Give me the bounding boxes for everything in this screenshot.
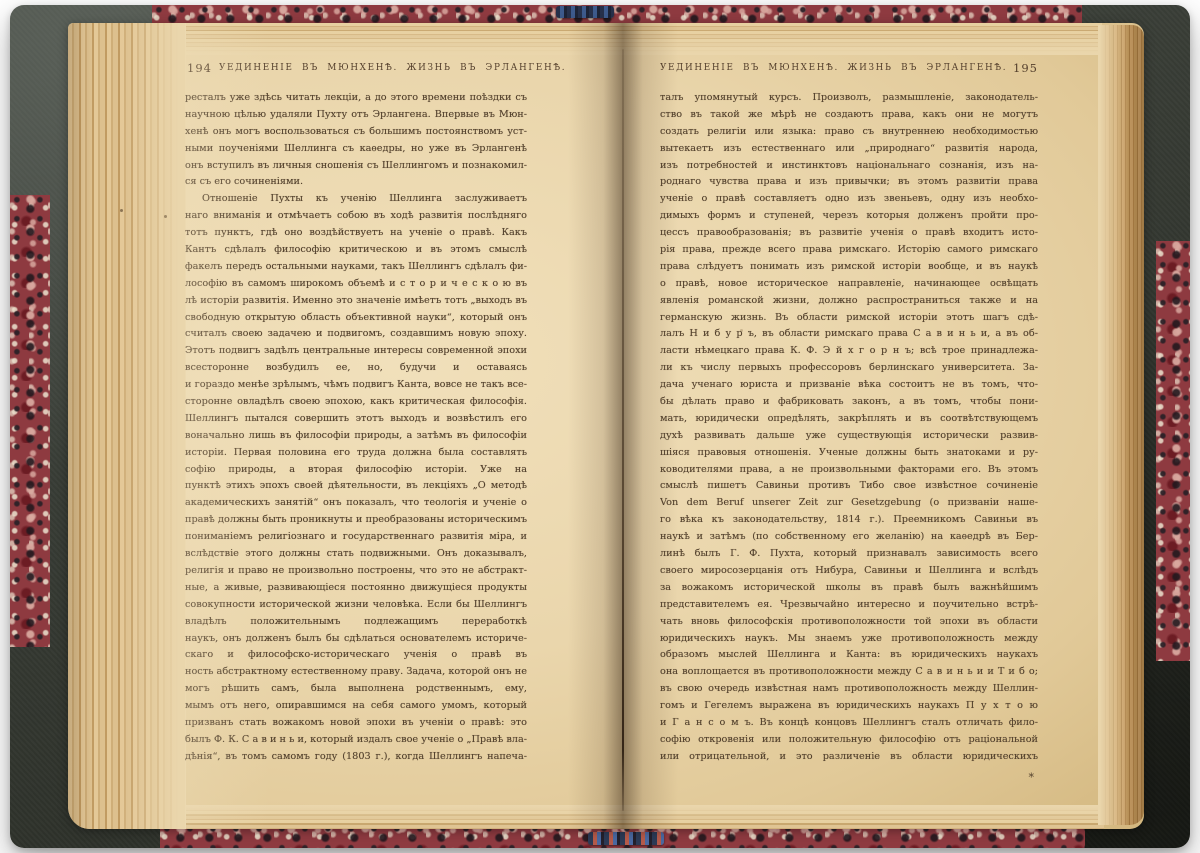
text-line: смыслѣ пишетъ Савиньи противъ Тибо свое … [660, 478, 1038, 495]
text-line: создать религіи или языка: право съ внут… [660, 124, 1038, 141]
text-line: Кантъ сдѣлалъ философію критическою и въ… [185, 242, 527, 259]
text-line: наукѣ и затѣмъ (по собственному его жела… [660, 529, 1038, 546]
text-line: изъ потребностей и инстинктовъ національ… [660, 158, 1038, 175]
text-line: шіяся правовыя отношенія. Ученые должны … [660, 445, 1038, 462]
text-line: явленія романской жизни, должно распрост… [660, 293, 1038, 310]
text-line: вытекаетъ изъ естественнаго или „природн… [660, 141, 1038, 158]
text-line: мымъ отъ него, опиравшимся на себя самог… [185, 698, 527, 715]
running-head: УЕДИНЕНІЕ ВЪ МЮНХЕНѢ. ЖИЗНЬ ВЪ ЭРЛАНГЕНѢ… [185, 63, 527, 73]
text-line: бы дѣлать право и фабриковать законъ, а … [660, 394, 1038, 411]
left-page: 194 УЕДИНЕНІЕ ВЪ МЮНХЕНѢ. ЖИЗНЬ ВЪ ЭРЛАН… [185, 23, 527, 829]
page-number: 195 [1013, 61, 1038, 75]
text-line: факелъ передъ остальными науками, такъ Ш… [185, 259, 527, 276]
text-line: лѣ исторіи развитія. Именно это значеніе… [185, 293, 527, 310]
text-line: о правѣ, новое историческое направленіе,… [660, 276, 1038, 293]
text-line: Этотъ подвигъ задѣлъ центральные интерес… [185, 343, 527, 360]
text-line: талъ упомянутый курсъ. Произволъ, размыш… [660, 90, 1038, 107]
text-line: считалъ своею задачею и подвигомъ, созда… [185, 326, 527, 343]
text-line: владѣлъ положительнымъ подлежащимъ перер… [185, 614, 527, 631]
text-line: совокупности исторической жизни человѣка… [185, 597, 527, 614]
text-line: права слѣдуетъ понимать изъ римской исто… [660, 259, 1038, 276]
text-line: ководителями права, а не произвольными ф… [660, 462, 1038, 479]
text-line: пунктѣ этихъ эпохъ своей дѣятельности, в… [185, 478, 527, 495]
text-line: линѣ былъ Г. Ф. Пухта, который признавал… [660, 546, 1038, 563]
fore-edge-right [1098, 25, 1144, 825]
text-line: въ свою очередь извѣстная намъ противопо… [660, 681, 1038, 698]
text-line: лософію въ самомъ широкомъ объемѣ и с т … [185, 276, 527, 293]
running-head: УЕДИНЕНІЕ ВЪ МЮНХЕНѢ. ЖИЗНЬ ВЪ ЭРЛАНГЕНѢ… [660, 63, 1038, 73]
text-line: религія и право не произвольно построены… [185, 563, 527, 580]
text-line: го вѣка къ законодательству, 1814 г.). П… [660, 512, 1038, 529]
text-line: лалъ Н и б у р ъ, въ области римскаго пр… [660, 326, 1038, 343]
page-block: 194 УЕДИНЕНІЕ ВЪ МЮНХЕНѢ. ЖИЗНЬ ВЪ ЭРЛАН… [68, 23, 1144, 829]
text-line: ными поученіями Шеллинга съ каѳедры, но … [185, 141, 527, 158]
text-line: ученіе о правѣ составляетъ одно изъ звен… [660, 191, 1038, 208]
photo-background: 194 УЕДИНЕНІЕ ВЪ МЮНХЕНѢ. ЖИЗНЬ ВЪ ЭРЛАН… [0, 0, 1200, 853]
page-number: 194 [187, 61, 212, 75]
text-line: призванъ стать вожакомъ новой эпохи въ у… [185, 715, 527, 732]
text-line: ство въ такой же мѣрѣ не создаютъ права,… [660, 107, 1038, 124]
text-line: Отношеніе Пухты къ ученію Шеллинга заслу… [185, 191, 527, 208]
text-line: свободную открытую область объективной н… [185, 310, 527, 327]
foxing-specks [120, 209, 123, 212]
page-header: УЕДИНЕНІЕ ВЪ МЮНХЕНѢ. ЖИЗНЬ ВЪ ЭРЛАНГЕНѢ… [660, 63, 1038, 78]
text-line: за вожакомъ исторической школы въ правѣ … [660, 580, 1038, 597]
text-line: дача ученаго юриста и призваніе вѣка сос… [660, 377, 1038, 394]
page-text: талъ упомянутый курсъ. Произволъ, размыш… [660, 90, 1038, 766]
text-line: цессъ правообразованія; въ развитіе учен… [660, 225, 1038, 242]
text-line: наго вниманія и отмѣчаетъ собою въ ходѣ … [185, 208, 527, 225]
page-header: 194 УЕДИНЕНІЕ ВЪ МЮНХЕНѢ. ЖИЗНЬ ВЪ ЭРЛАН… [185, 63, 527, 78]
text-line: ные, а живые, развивающіеся постоянно дв… [185, 580, 527, 597]
text-line: и Г а н с о м ъ. Въ концѣ концовъ Шеллин… [660, 715, 1038, 732]
text-line: правѣ должны быть проникнуты и преобразо… [185, 512, 527, 529]
text-line: образомъ мыслей Шеллинга и Канта: въ юри… [660, 647, 1038, 664]
text-line: софію природы, а вторая философію исторі… [185, 462, 527, 479]
page-edges-left [68, 23, 186, 829]
marbled-paper-right [1156, 241, 1190, 661]
text-line: исторіи. Первая половина его труда должн… [185, 445, 527, 462]
gutter-crease [622, 49, 624, 811]
text-line: чать вновь философскія противоположности… [660, 614, 1038, 631]
text-line: наукъ, онъ долженъ былъ бы сдѣлаться осн… [185, 631, 527, 648]
text-line: вслѣдствіе этого должны стать подвижными… [185, 546, 527, 563]
text-line: роднаго чувства права и изъ привычки; въ… [660, 174, 1038, 191]
text-line: пониманіемъ религіознаго и государственн… [185, 529, 527, 546]
text-line: ся съ его сочиненіями. [185, 174, 527, 191]
text-line: академическихъ занятій“ онъ показалъ, чт… [185, 495, 527, 512]
text-line: и гораздо менѣе зрѣлымъ, чѣмъ подвигъ Ка… [185, 377, 527, 394]
text-line: хенѣ онъ могъ воспользоваться съ большим… [185, 124, 527, 141]
text-line: научною цѣлью удаляли Пухту отъ Эрланген… [185, 107, 527, 124]
text-line: ность абстрактному естественному праву. … [185, 664, 527, 681]
text-line: ласти нѣмецкаго права К. Ф. Э й х г о р … [660, 343, 1038, 360]
text-line: Von dem Beruf unserer Zeit zur Gesetzgeb… [660, 495, 1038, 512]
text-line: духѣ развивать дальше уже существующія и… [660, 428, 1038, 445]
text-line: мать, юридически опредѣлять, закрѣплять … [660, 411, 1038, 428]
signature-mark: * [1029, 771, 1035, 784]
text-line: своего миросозерцанія отъ Нибура, Савинь… [660, 563, 1038, 580]
text-line: дѣнія“, въ томъ самомъ году (1803 г.), к… [185, 749, 527, 766]
text-line: представителемъ ея. Чрезвычайно интересн… [660, 597, 1038, 614]
text-line: тотъ пунктъ, гдѣ оно воздѣйствуетъ на уч… [185, 225, 527, 242]
text-line: ли къ числу первыхъ профессоровъ берлинс… [660, 360, 1038, 377]
text-line: Шеллингъ пытался совершить этотъ выходъ … [185, 411, 527, 428]
text-line: софію откровенія или положительную филос… [660, 732, 1038, 749]
text-line: она воплощается въ противоположности меж… [660, 664, 1038, 681]
book-cover: 194 УЕДИНЕНІЕ ВЪ МЮНХЕНѢ. ЖИЗНЬ ВЪ ЭРЛАН… [10, 5, 1190, 848]
text-line: димыхъ формъ и ступеней, черезъ которыя … [660, 208, 1038, 225]
text-line: скаго и философско-историческаго ученія … [185, 647, 527, 664]
text-line: гомъ и Гегелемъ выражена въ юридическихъ… [660, 698, 1038, 715]
text-line: ресталъ уже здѣсь читать лекціи, а до эт… [185, 90, 527, 107]
page-text: ресталъ уже здѣсь читать лекціи, а до эт… [185, 90, 527, 766]
text-line: сторонне овладѣлъ своею эпохою, какъ кри… [185, 394, 527, 411]
text-line: могъ рѣшить самъ, была выполнена родстве… [185, 681, 527, 698]
marbled-paper-left [10, 195, 50, 647]
text-line: онъ вступилъ въ личныя сношенія съ Шелли… [185, 158, 527, 175]
text-line: былъ Ф. К. С а в и н ь и, который издалъ… [185, 732, 527, 749]
text-line: юридическихъ наукъ. Мы знаемъ уже против… [660, 631, 1038, 648]
text-line: или отрицательной, и это различеніе въ о… [660, 749, 1038, 766]
text-line: рія права, прежде всего права римскаго. … [660, 242, 1038, 259]
text-line: воначально лишь въ философіи природы, а … [185, 428, 527, 445]
headband-bottom [588, 832, 664, 845]
text-line: всесторонне возбудилъ ее, но, будучи и о… [185, 360, 527, 377]
headband-top [556, 6, 614, 18]
right-page: УЕДИНЕНІЕ ВЪ МЮНХЕНѢ. ЖИЗНЬ ВЪ ЭРЛАНГЕНѢ… [660, 23, 1038, 829]
text-line: германскую жизнь. Въ области римской ист… [660, 310, 1038, 327]
